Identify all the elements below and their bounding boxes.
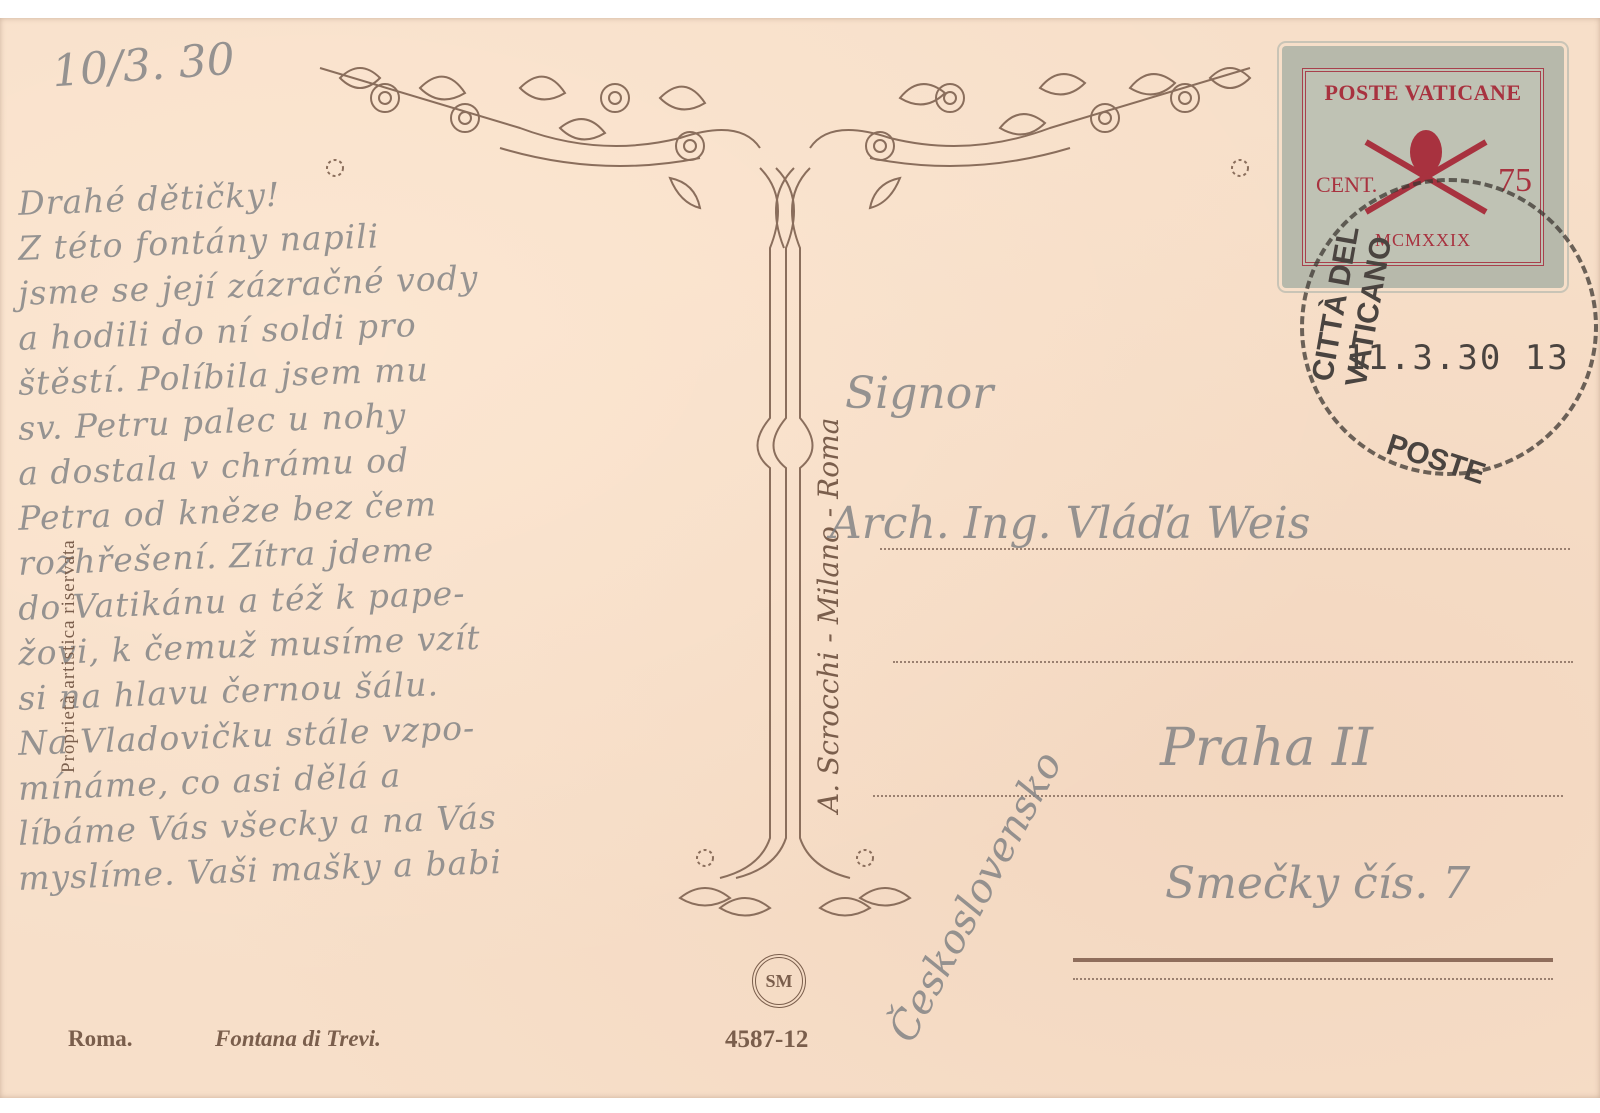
postcard: 10/3. 30 Drahé dětičky! Z této fontány n…	[0, 18, 1600, 1098]
address-city: Praha II	[1160, 718, 1373, 778]
address-line	[1073, 978, 1553, 980]
address-salutation: Signor	[845, 368, 993, 419]
publisher-credit: A. Scrocchi - Milano - Roma	[812, 418, 845, 813]
caption-number: 4587-12	[725, 1026, 808, 1054]
address-line	[873, 795, 1563, 797]
address-recipient: Arch. Ing. Vláďa Weis	[830, 498, 1310, 549]
address-street: Smečky čís. 7	[1165, 858, 1470, 909]
publisher-logo-icon: SM	[752, 954, 806, 1008]
caption-city: Roma.	[68, 1026, 133, 1052]
caption-title: Fontana di Trevi.	[215, 1026, 381, 1052]
address-underline	[1073, 958, 1553, 962]
address-line	[893, 661, 1573, 663]
